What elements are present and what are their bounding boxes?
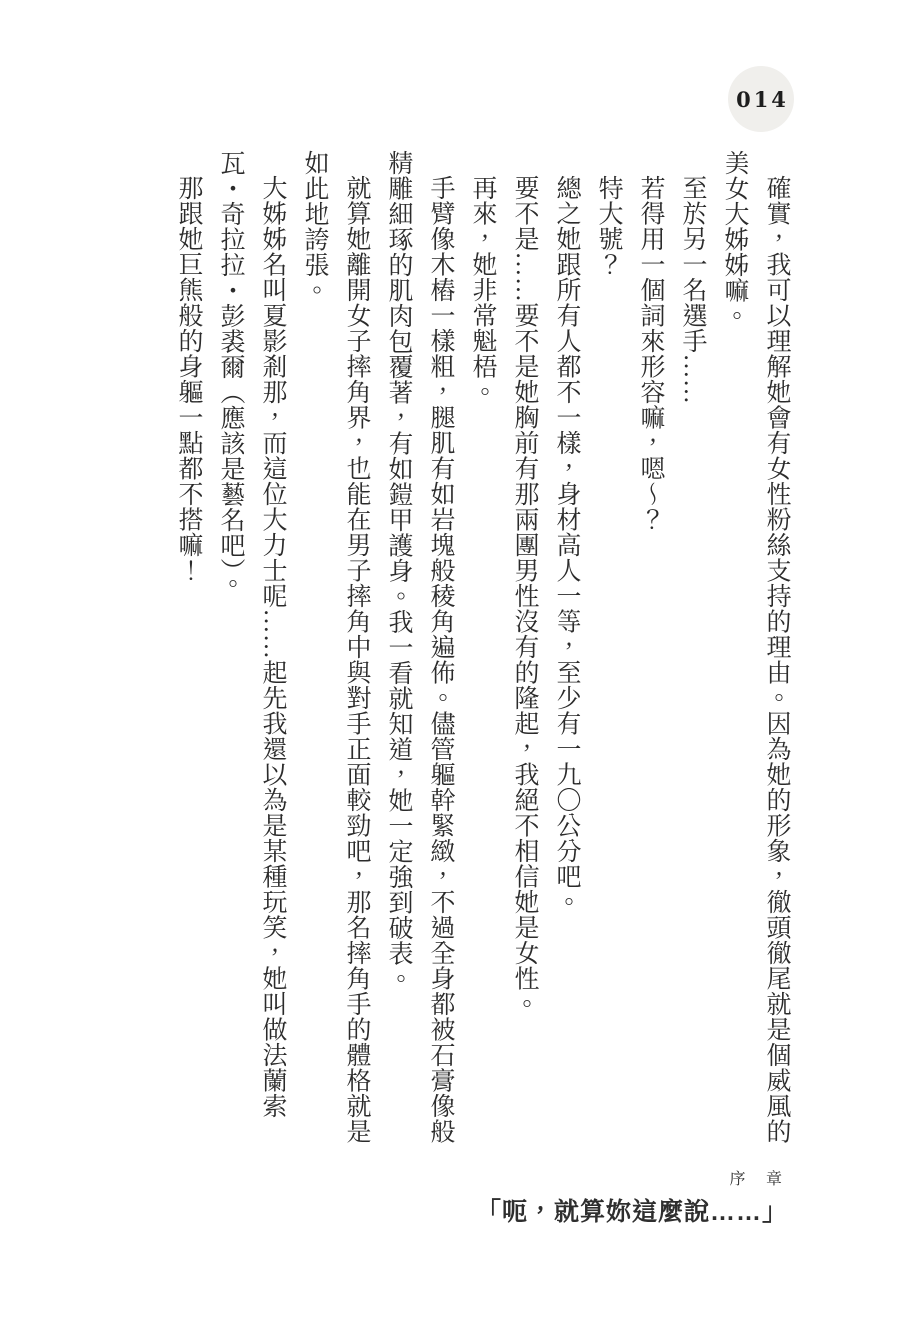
paragraph-11: 那跟她巨熊般的身軀一點都不搭嘛！ — [167, 150, 209, 1150]
chapter-title: 「呃，就算妳這麼說……」 — [476, 1192, 788, 1228]
chapter-label: 序 章 — [476, 1166, 790, 1189]
paragraph-1: 確實，我可以理解她會有女性粉絲支持的理由。因為她的形象，徹頭徹尾就是個威風的美女… — [713, 150, 797, 1150]
paragraph-5: 總之她跟所有人都不一樣，身材高人一等，至少有一九〇公分吧。 — [545, 150, 587, 1150]
page-number-badge: 014 — [728, 66, 794, 132]
paragraph-10: 大姊姊名叫夏影剎那，而這位大力士呢……起先我還以為是某種玩笑，她叫做法蘭索瓦・奇… — [209, 150, 293, 1150]
body-text: 確實，我可以理解她會有女性粉絲支持的理由。因為她的形象，徹頭徹尾就是個威風的美女… — [167, 150, 797, 1150]
paragraph-8: 手臂像木樁一樣粗，腿肌有如岩塊般稜角遍佈。儘管軀幹緊緻，不過全身都被石膏像般精雕… — [377, 150, 461, 1150]
paragraph-2: 至於另一名選手…… — [671, 150, 713, 1150]
page-number: 014 — [733, 87, 789, 112]
paragraph-9: 就算她離開女子摔角界，也能在男子摔角中與對手正面較勁吧，那名摔角手的體格就是如此… — [293, 150, 377, 1150]
paragraph-6: 要不是……要不是她胸前有那兩團男性沒有的隆起，我絕不相信她是女性。 — [503, 150, 545, 1150]
page-footer: 序 章 「呃，就算妳這麼說……」 — [476, 1166, 788, 1228]
paragraph-4: 特大號？ — [587, 150, 629, 1150]
paragraph-7: 再來，她非常魁梧。 — [461, 150, 503, 1150]
book-page: 014 確實，我可以理解她會有女性粉絲支持的理由。因為她的形象，徹頭徹尾就是個威… — [0, 0, 900, 1321]
paragraph-3: 若得用一個詞來形容嘛，嗯～？ — [629, 150, 671, 1150]
